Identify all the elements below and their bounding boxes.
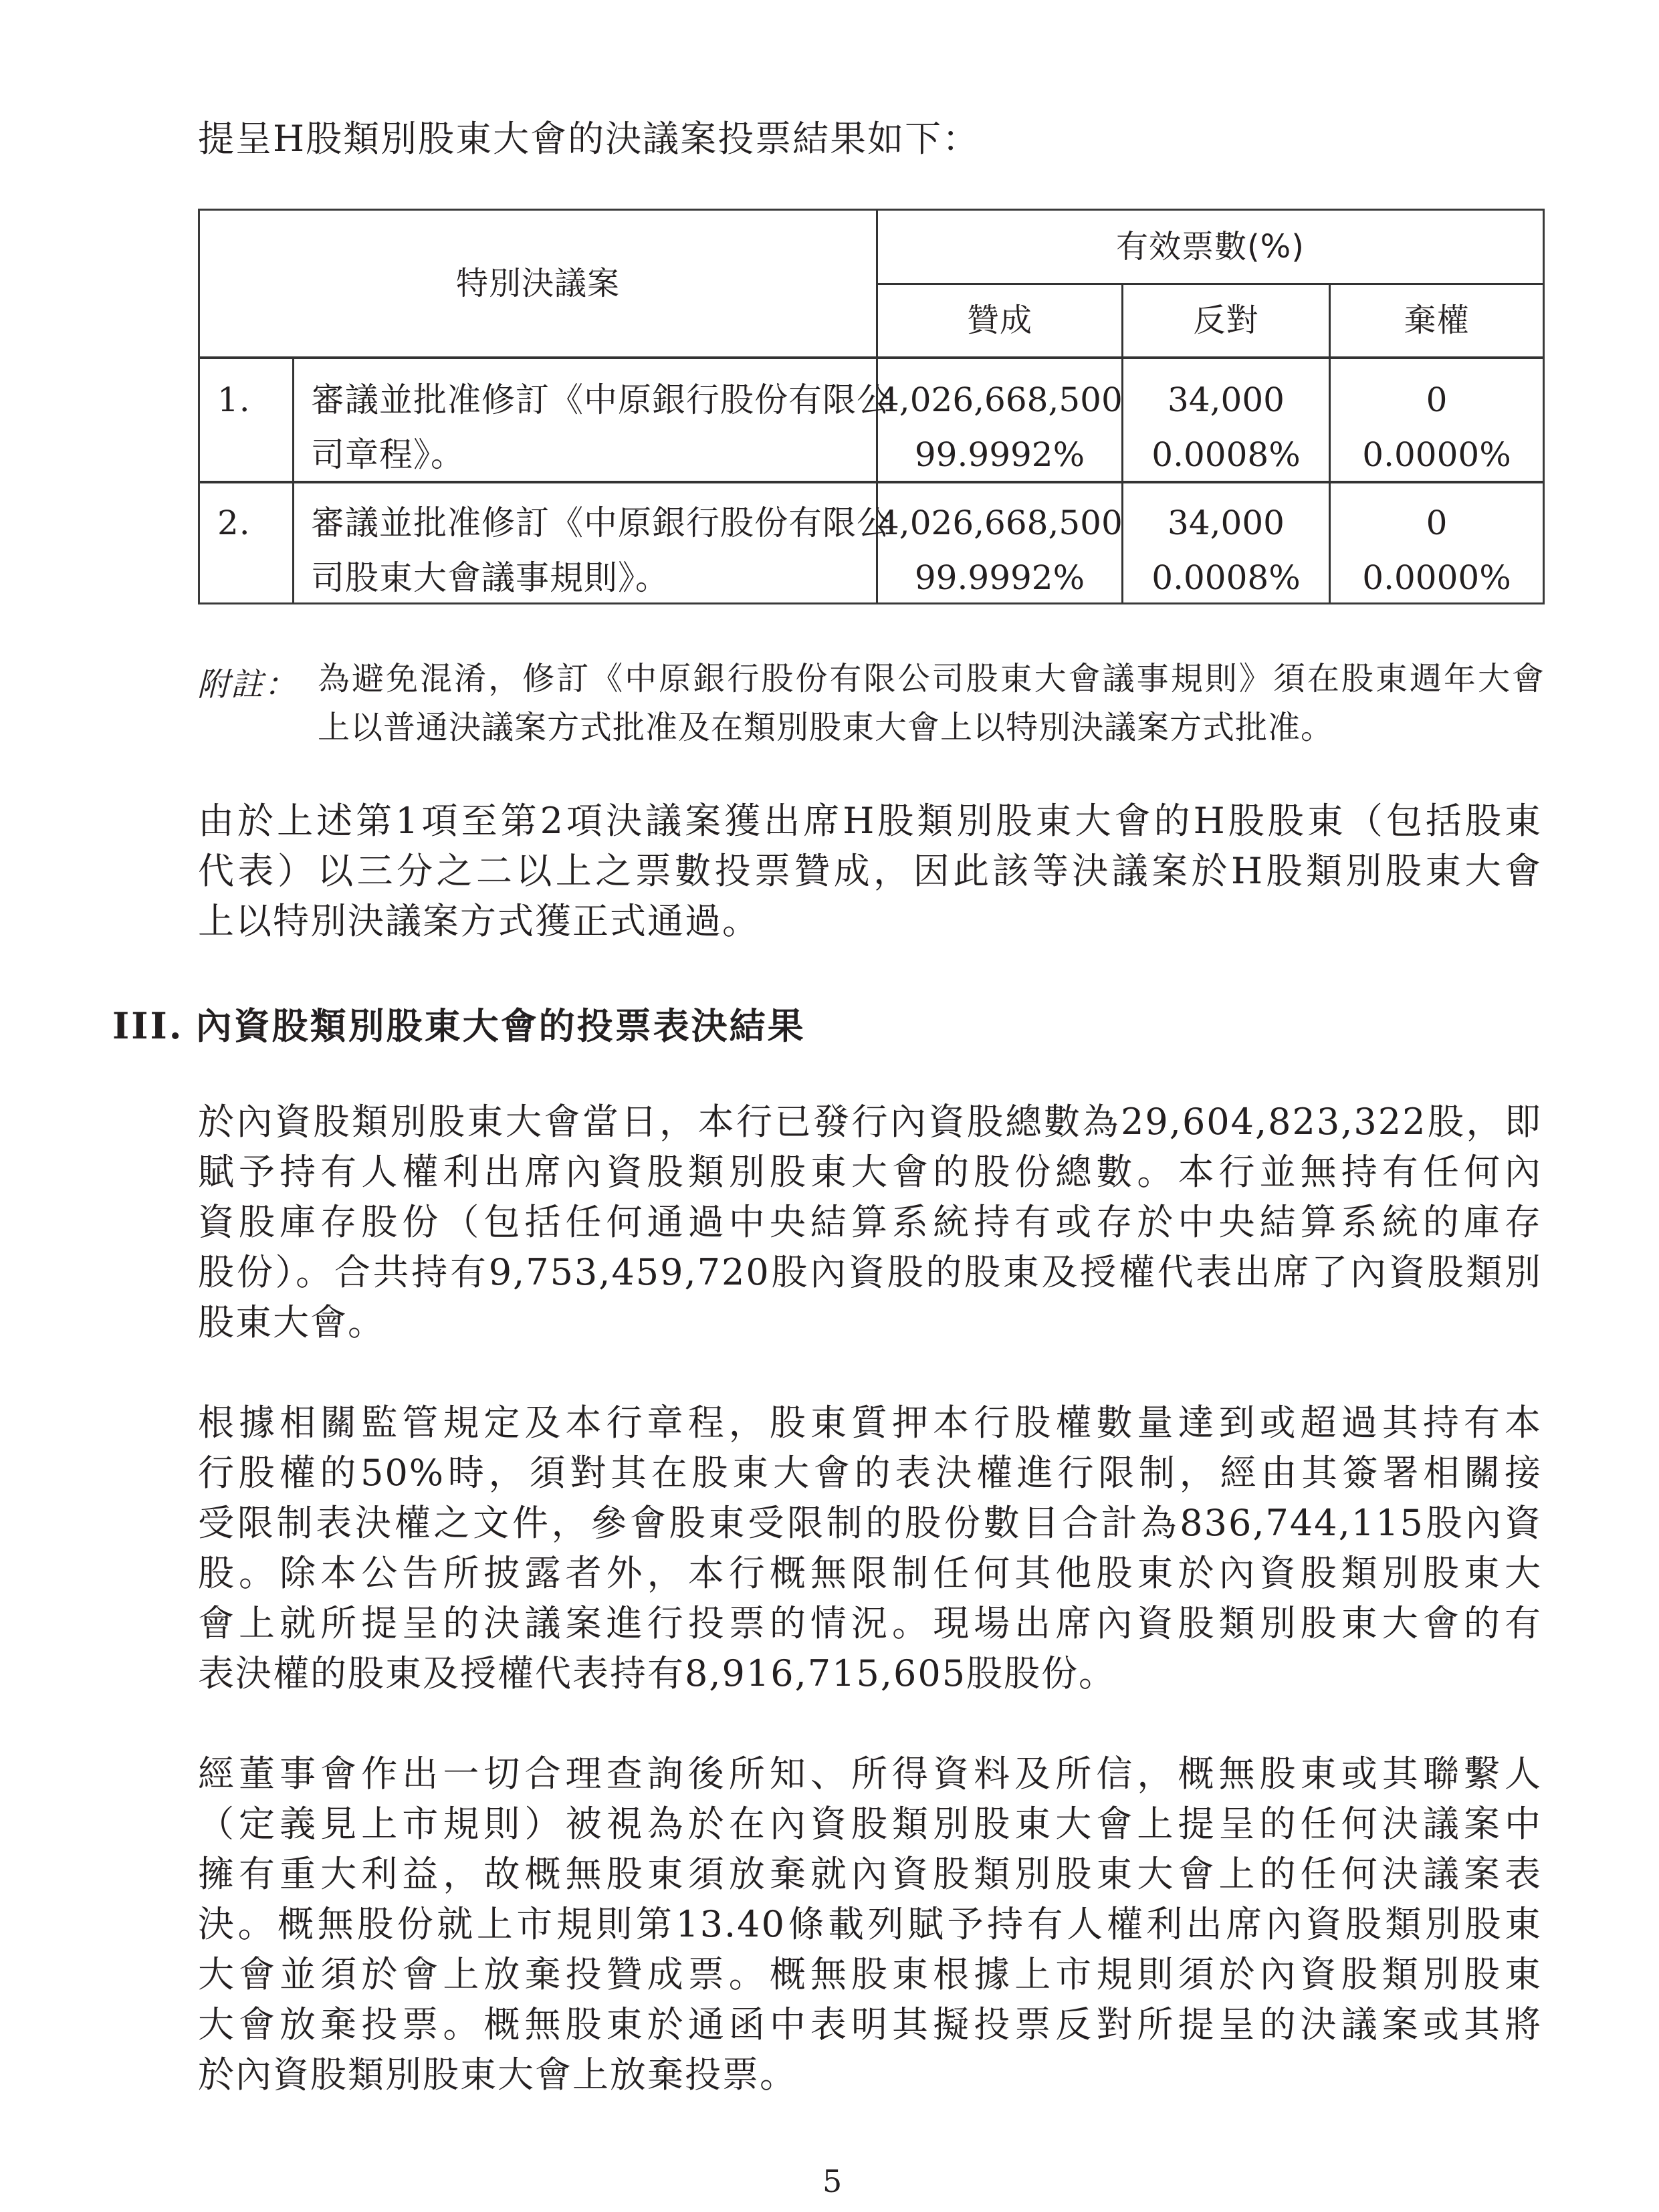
paragraph-line: 資股庫存股份（包括任何通過中央結算系統持有或存於中央結算系統的庫存 xyxy=(198,1202,1542,1245)
row-1-abstain-pct: 0.0000% xyxy=(1331,425,1543,485)
page-number: 5 xyxy=(822,2163,842,2199)
row-2-for: 4,026,668,500 99.9992% xyxy=(878,493,1121,608)
header-valid-votes: 有效票數(%) xyxy=(878,211,1543,283)
note-line: 為避免混淆，修訂《中原銀行股份有限公司股東大會議事規則》須在股東週年大會 xyxy=(318,659,1545,699)
paragraph-line: 於內資股類別股東大會當日，本行已發行內資股總數為29,604,823,322股，… xyxy=(198,1102,1542,1145)
row-1-resolution: 審議並批准修訂《中原銀行股份有限公 司章程》。 xyxy=(311,370,891,485)
header-against: 反對 xyxy=(1123,285,1329,356)
paragraph-line: 擁有重大利益，故概無股東須放棄就內資股類別股東大會上的任何決議案表 xyxy=(198,1854,1542,1897)
row-2-against: 34,000 0.0008% xyxy=(1123,493,1329,608)
paragraph-line: 大會並須於會上放棄投贊成票。概無股東根據上市規則須於內資股類別股東 xyxy=(198,1955,1542,1997)
row-1-for-pct: 99.9992% xyxy=(878,425,1121,485)
vote-results-table: 特別決議案 有效票數(%) 贊成 反對 棄權 1. 審議並批准修訂《中原銀行股份… xyxy=(198,209,1545,604)
note-line: 上以普通決議案方式批准及在類別股東大會上以特別決議案方式批准。 xyxy=(318,707,1545,748)
paragraph-line: 行股權的50%時，須對其在股東大會的表決權進行限制，經由其簽署相關接 xyxy=(198,1453,1542,1496)
row-1-abstain-count: 0 xyxy=(1331,370,1543,430)
row-1-for-count: 4,026,668,500 xyxy=(878,370,1121,430)
row-1-against: 34,000 0.0008% xyxy=(1123,370,1329,485)
row-2-resolution-line1: 審議並批准修訂《中原銀行股份有限公 xyxy=(311,493,891,553)
row-2-abstain-pct: 0.0000% xyxy=(1331,548,1543,608)
paragraph-line: 上以特別決議案方式獲正式通過。 xyxy=(198,901,1542,944)
note-label: 附註： xyxy=(197,659,298,705)
header-resolution: 特別決議案 xyxy=(200,211,876,356)
row-2-for-count: 4,026,668,500 xyxy=(878,493,1121,553)
paragraph-line: 經董事會作出一切合理查詢後所知、所得資料及所信，概無股東或其聯繫人 xyxy=(198,1754,1542,1797)
paragraph-line: 於內資股類別股東大會上放棄投票。 xyxy=(198,2055,1542,2098)
section-number: III. xyxy=(112,1004,184,1047)
row-2-against-pct: 0.0008% xyxy=(1123,548,1329,608)
row-1-resolution-line2: 司章程》。 xyxy=(311,425,891,485)
row-2-abstain: 0 0.0000% xyxy=(1331,493,1543,608)
paragraph-line: （定義見上市規則）被視為於在內資股類別股東大會上提呈的任何決議案中 xyxy=(198,1804,1542,1847)
row-1-number: 1. xyxy=(217,370,251,430)
row-1-resolution-line1: 審議並批准修訂《中原銀行股份有限公 xyxy=(311,370,891,430)
paragraph-line: 決。概無股份就上市規則第13.40條載列賦予持有人權利出席內資股類別股東 xyxy=(198,1904,1542,1947)
row-2-number: 2. xyxy=(217,493,251,553)
table-divider xyxy=(292,358,294,602)
row-1-for: 4,026,668,500 99.9992% xyxy=(878,370,1121,485)
paragraph-line: 大會放棄投票。概無股東於通函中表明其擬投票反對所提呈的決議案或其將 xyxy=(198,2005,1542,2048)
paragraph-line: 股東大會。 xyxy=(198,1303,1542,1345)
paragraph-line: 受限制表決權之文件，參會股東受限制的股份數目合計為836,744,115股內資 xyxy=(198,1503,1542,1546)
section-heading: III.內資股類別股東大會的投票表決結果 xyxy=(112,998,806,1049)
row-2-abstain-count: 0 xyxy=(1331,493,1543,553)
table-divider xyxy=(200,356,1543,359)
paragraph-line: 股。除本公告所披露者外，本行概無限制任何其他股東於內資股類別股東大 xyxy=(198,1553,1542,1596)
row-2-resolution: 審議並批准修訂《中原銀行股份有限公 司股東大會議事規則》。 xyxy=(311,493,891,608)
paragraph-line: 股份）。合共持有9,753,459,720股內資股的股東及授權代表出席了內資股類… xyxy=(198,1252,1542,1295)
row-1-abstain: 0 0.0000% xyxy=(1331,370,1543,485)
intro-text: 提呈H股類別股東大會的決議案投票結果如下： xyxy=(198,119,1067,162)
row-2-resolution-line2: 司股東大會議事規則》。 xyxy=(311,548,891,608)
header-abstain: 棄權 xyxy=(1331,285,1543,356)
row-2-against-count: 34,000 xyxy=(1123,493,1329,553)
paragraph-line: 會上就所提呈的決議案進行投票的情況。現場出席內資股類別股東大會的有 xyxy=(198,1603,1542,1646)
paragraph-line: 由於上述第1項至第2項決議案獲出席H股類別股東大會的H股股東（包括股東 xyxy=(198,801,1542,844)
row-1-against-pct: 0.0008% xyxy=(1123,425,1329,485)
paragraph-line: 表決權的股東及授權代表持有8,916,715,605股股份。 xyxy=(198,1654,1542,1696)
row-1-against-count: 34,000 xyxy=(1123,370,1329,430)
section-title: 內資股類別股東大會的投票表決結果 xyxy=(196,1005,806,1047)
row-2-for-pct: 99.9992% xyxy=(878,548,1121,608)
paragraph-line: 代表）以三分之二以上之票數投票贊成，因此該等決議案於H股類別股東大會 xyxy=(198,851,1542,894)
header-for: 贊成 xyxy=(878,285,1121,356)
paragraph-line: 賦予持有人權利出席內資股類別股東大會的股份總數。本行並無持有任何內 xyxy=(198,1152,1542,1195)
paragraph-line: 根據相關監管規定及本行章程，股東質押本行股權數量達到或超過其持有本 xyxy=(198,1403,1542,1446)
